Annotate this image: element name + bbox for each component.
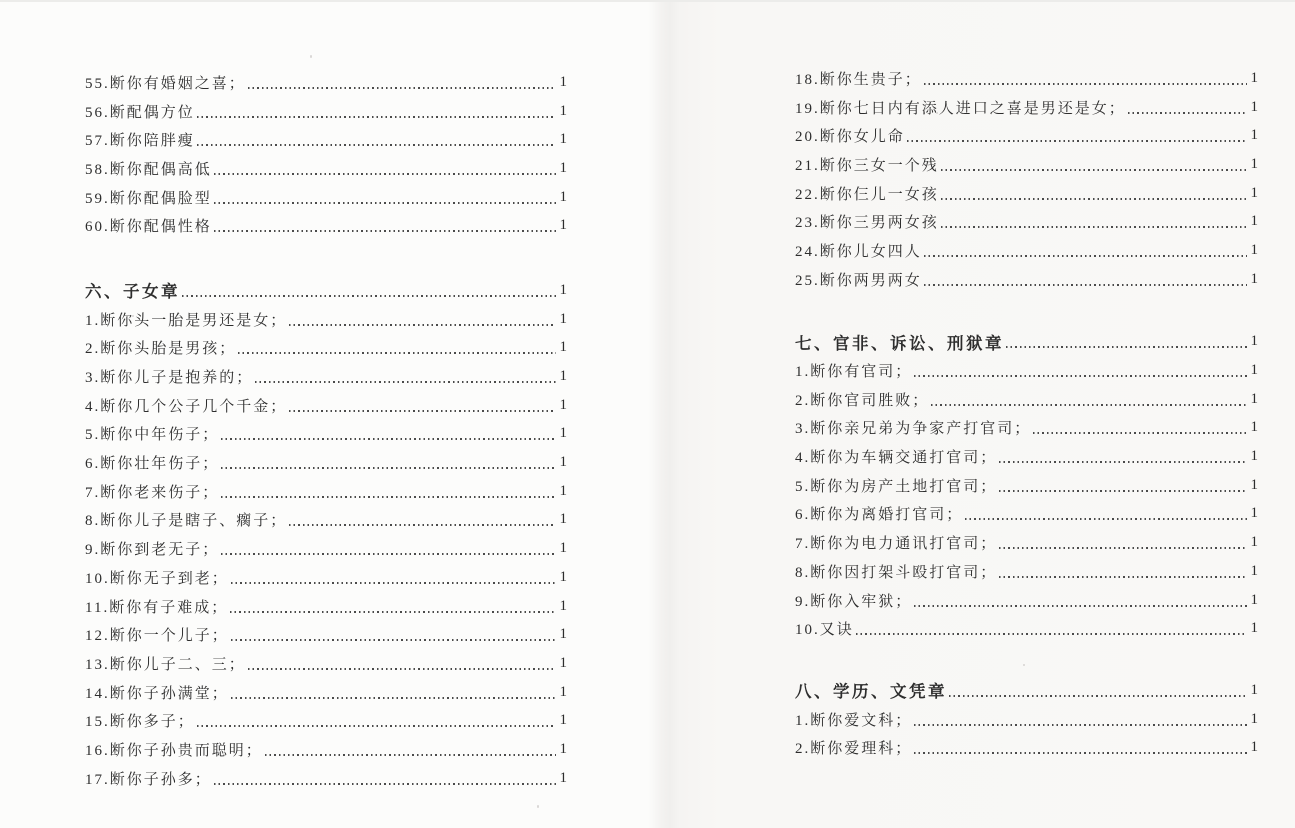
page-number: 1 (1250, 419, 1259, 436)
toc-entry: 11.断你有子难成； 1 (85, 592, 567, 621)
toc-entry-label: 7.断你老来伤子； (85, 481, 219, 502)
toc-entry-label: 16.断你子孙贵而聪明； (85, 739, 263, 760)
page-number: 1 (559, 684, 568, 701)
page-number: 1 (559, 339, 568, 356)
toc-entry: 16.断你子孙贵而聪明； 1 (85, 735, 567, 764)
toc-entry-label: 1.断你爱文科； (795, 709, 912, 730)
toc-entry: 17.断你子孙多； 1 (85, 764, 567, 793)
dot-leader (255, 370, 555, 383)
toc-entry-label: 25.断你两男两女 (795, 269, 922, 290)
dot-leader (221, 427, 555, 440)
dot-leader (238, 341, 555, 354)
page-number: 1 (559, 598, 568, 615)
dot-leader (289, 399, 555, 412)
page-number: 1 (1250, 156, 1259, 173)
toc-section-heading: 八、学历、文凭章 1 (795, 676, 1258, 705)
dot-leader (248, 657, 556, 670)
toc-page-right-column: 18.断你生贵子； 1 19.断你七日内有添人进口之喜是男还是女； 1 20.断… (795, 64, 1258, 762)
page-number: 1 (559, 160, 568, 177)
dot-leader (999, 479, 1246, 492)
toc-entry: 25.断你两男两女 1 (795, 265, 1258, 294)
toc-entry: 2.断你头胎是男孩； 1 (85, 334, 567, 363)
dot-leader (914, 713, 1246, 726)
dot-leader (182, 284, 556, 297)
toc-entry: 6.断你壮年伤子； 1 (85, 448, 567, 477)
page-number: 1 (1250, 362, 1259, 379)
toc-entry: 59.断你配偶脸型 1 (85, 183, 567, 212)
toc-entry: 6.断你为离婚打官司； 1 (795, 500, 1258, 529)
toc-section-label: 六、子女章 (85, 278, 180, 302)
page-number: 1 (559, 131, 568, 148)
page-number: 1 (1250, 739, 1259, 756)
dot-leader (214, 191, 556, 204)
dot-leader (230, 600, 555, 613)
toc-section-heading: 六、子女章 1 (85, 276, 567, 305)
toc-section-heading: 七、官非、诉讼、刑狱章 1 (795, 328, 1258, 357)
scanned-toc-spread: 55.断你有婚姻之喜； 1 56.断配偶方位 1 57.断你陪胖瘦 1 58.断… (0, 0, 1295, 828)
toc-entry: 9.断你入牢狱； 1 (795, 586, 1258, 615)
page-number: 1 (559, 74, 568, 91)
dot-leader (214, 162, 556, 175)
page-number: 1 (559, 311, 568, 328)
page-number: 1 (1250, 271, 1259, 288)
page-number: 1 (1250, 563, 1259, 580)
toc-entry: 10.又诀 1 (795, 614, 1258, 643)
page-number: 1 (1250, 592, 1259, 609)
dot-leader (231, 571, 556, 584)
section-gap (795, 643, 1258, 676)
toc-entry-label: 9.断你入牢狱； (795, 590, 912, 611)
toc-entry: 18.断你生贵子； 1 (795, 64, 1258, 93)
toc-entry: 3.断你儿子是抱养的； 1 (85, 362, 567, 391)
toc-entry-label: 13.断你儿子二、三； (85, 653, 246, 674)
page-number: 1 (1250, 620, 1259, 637)
toc-entry: 7.断你老来伤子； 1 (85, 477, 567, 506)
dot-leader (231, 686, 556, 699)
toc-entry-label: 24.断你儿女四人 (795, 240, 922, 261)
toc-entry-label: 20.断你女儿命 (795, 125, 905, 146)
toc-entry: 60.断你配偶性格 1 (85, 211, 567, 240)
page-number: 1 (1250, 333, 1259, 350)
toc-entry: 13.断你儿子二、三； 1 (85, 649, 567, 678)
toc-entry: 1.断你有官司； 1 (795, 356, 1258, 385)
dot-leader (265, 743, 556, 756)
page-number: 1 (1250, 448, 1259, 465)
toc-entry-label: 58.断你配偶高低 (85, 158, 212, 179)
toc-entry-label: 6.断你为离婚打官司； (795, 503, 963, 524)
toc-entry-label: 60.断你配偶性格 (85, 215, 212, 236)
toc-entry-label: 1.断你头一胎是男还是女； (85, 309, 287, 330)
toc-entry: 24.断你儿女四人 1 (795, 236, 1258, 265)
toc-entry: 23.断你三男两女孩 1 (795, 207, 1258, 236)
dot-leader (248, 76, 556, 89)
dot-leader (999, 536, 1246, 549)
dot-leader (941, 158, 1247, 171)
toc-entry-label: 10.又诀 (795, 618, 854, 639)
toc-entry-label: 7.断你为电力通讯打官司； (795, 532, 997, 553)
toc-entry: 8.断你因打架斗殴打官司； 1 (795, 557, 1258, 586)
toc-entry-label: 8.断你因打架斗殴打官司； (795, 561, 997, 582)
page-number: 1 (559, 483, 568, 500)
dot-leader (949, 684, 1247, 697)
toc-entry: 56.断配偶方位 1 (85, 97, 567, 126)
toc-section-label: 八、学历、文凭章 (795, 678, 947, 702)
toc-page-left-column: 55.断你有婚姻之喜； 1 56.断配偶方位 1 57.断你陪胖瘦 1 58.断… (85, 68, 567, 793)
toc-entry: 21.断你三女一个残 1 (795, 150, 1258, 179)
toc-entry: 19.断你七日内有添人进口之喜是男还是女； 1 (795, 93, 1258, 122)
toc-entry: 22.断你仨儿一女孩 1 (795, 179, 1258, 208)
toc-entry: 9.断你到老无子； 1 (85, 534, 567, 563)
scan-speckle (537, 805, 539, 808)
section-gap (85, 240, 567, 276)
dot-leader (924, 72, 1247, 85)
page-number: 1 (559, 626, 568, 643)
dot-leader (941, 215, 1247, 228)
dot-leader (221, 485, 555, 498)
toc-entry-label: 22.断你仨儿一女孩 (795, 183, 939, 204)
toc-entry: 2.断你爱理科； 1 (795, 733, 1258, 762)
toc-entry-label: 3.断你儿子是抱养的； (85, 366, 253, 387)
scan-speckle (132, 315, 134, 317)
toc-entry-label: 3.断你亲兄弟为争家产打官司； (795, 417, 1031, 438)
dot-leader (231, 628, 556, 641)
page-number: 1 (1250, 505, 1259, 522)
toc-entry-label: 57.断你陪胖瘦 (85, 129, 195, 150)
dot-leader (289, 313, 555, 326)
page-number: 1 (1250, 127, 1259, 144)
dot-leader (856, 622, 1247, 635)
page-number: 1 (1250, 682, 1259, 699)
toc-entry-label: 17.断你子孙多； (85, 768, 212, 789)
toc-entry-label: 8.断你儿子是瞎子、瘸子； (85, 509, 287, 530)
toc-entry-label: 23.断你三男两女孩 (795, 211, 939, 232)
toc-entry: 1.断你爱文科； 1 (795, 705, 1258, 734)
scan-speckle (1023, 664, 1025, 666)
dot-leader (999, 450, 1246, 463)
toc-entry-label: 9.断你到老无子； (85, 538, 219, 559)
dot-leader (197, 714, 556, 727)
toc-entry-label: 12.断你一个儿子； (85, 624, 229, 645)
toc-entry-label: 19.断你七日内有添人进口之喜是男还是女； (795, 97, 1126, 118)
page-number: 1 (559, 511, 568, 528)
toc-entry-label: 2.断你爱理科； (795, 737, 912, 758)
toc-entry: 1.断你头一胎是男还是女； 1 (85, 305, 567, 334)
toc-entry-label: 59.断你配偶脸型 (85, 187, 212, 208)
page-number: 1 (559, 397, 568, 414)
dot-leader (221, 456, 555, 469)
toc-entry-label: 1.断你有官司； (795, 360, 912, 381)
dot-leader (924, 273, 1247, 286)
toc-section-label: 七、官非、诉讼、刑狱章 (795, 330, 1004, 354)
dot-leader (197, 105, 556, 118)
toc-entry: 14.断你子孙满堂； 1 (85, 678, 567, 707)
toc-entry-label: 4.断你几个公子几个千金； (85, 395, 287, 416)
page-number: 1 (559, 712, 568, 729)
page-number: 1 (559, 425, 568, 442)
page-number: 1 (559, 770, 568, 787)
dot-leader (214, 772, 556, 785)
toc-entry-label: 21.断你三女一个残 (795, 154, 939, 175)
page-number: 1 (1250, 185, 1259, 202)
toc-entry-label: 55.断你有婚姻之喜； (85, 72, 246, 93)
toc-entry: 57.断你陪胖瘦 1 (85, 125, 567, 154)
dot-leader (914, 741, 1246, 754)
page-number: 1 (559, 454, 568, 471)
scan-speckle (936, 112, 938, 114)
toc-entry: 3.断你亲兄弟为争家产打官司； 1 (795, 414, 1258, 443)
page-number: 1 (1250, 711, 1259, 728)
scan-speckle (310, 55, 312, 58)
toc-entry-label: 2.断你官司胜败； (795, 389, 929, 410)
toc-entry-label: 5.断你中年伤子； (85, 423, 219, 444)
dot-leader (931, 393, 1246, 406)
dot-leader (214, 219, 556, 232)
toc-entry: 5.断你中年伤子； 1 (85, 420, 567, 449)
page-number: 1 (559, 569, 568, 586)
dot-leader (914, 364, 1246, 377)
toc-entry: 20.断你女儿命 1 (795, 121, 1258, 150)
dot-leader (965, 507, 1246, 520)
toc-entry: 15.断你多子； 1 (85, 706, 567, 735)
toc-entry-label: 6.断你壮年伤子； (85, 452, 219, 473)
toc-entry: 10.断你无子到老； 1 (85, 563, 567, 592)
page-number: 1 (559, 368, 568, 385)
dot-leader (914, 594, 1246, 607)
toc-entry-label: 14.断你子孙满堂； (85, 682, 229, 703)
toc-entry-label: 4.断你为车辆交通打官司； (795, 446, 997, 467)
page-number: 1 (1250, 213, 1259, 230)
toc-entry-label: 2.断你头胎是男孩； (85, 337, 236, 358)
page-number: 1 (1250, 391, 1259, 408)
dot-leader (289, 513, 555, 526)
page-number: 1 (559, 540, 568, 557)
dot-leader (941, 187, 1247, 200)
dot-leader (999, 565, 1246, 578)
page-number: 1 (559, 189, 568, 206)
dot-leader (907, 129, 1247, 142)
page-number: 1 (1250, 70, 1259, 87)
dot-leader (1006, 335, 1247, 348)
toc-entry: 8.断你儿子是瞎子、瘸子； 1 (85, 506, 567, 535)
toc-entry: 4.断你为车辆交通打官司； 1 (795, 442, 1258, 471)
page-number: 1 (559, 217, 568, 234)
dot-leader (924, 244, 1247, 257)
dot-leader (1033, 421, 1246, 434)
dot-leader (221, 542, 555, 555)
page-number: 1 (559, 741, 568, 758)
page-number: 1 (559, 103, 568, 120)
page-number: 1 (559, 282, 568, 299)
toc-entry: 4.断你几个公子几个千金； 1 (85, 391, 567, 420)
toc-entry-label: 18.断你生贵子； (795, 68, 922, 89)
toc-entry: 5.断你为房产土地打官司； 1 (795, 471, 1258, 500)
page-number: 1 (1250, 242, 1259, 259)
toc-entry: 58.断你配偶高低 1 (85, 154, 567, 183)
toc-entry-label: 10.断你无子到老； (85, 567, 229, 588)
section-gap (795, 294, 1258, 328)
dot-leader (1128, 101, 1247, 114)
toc-entry: 2.断你官司胜败； 1 (795, 385, 1258, 414)
page-number: 1 (1250, 534, 1259, 551)
toc-entry-label: 5.断你为房产土地打官司； (795, 475, 997, 496)
toc-entry: 7.断你为电力通讯打官司； 1 (795, 528, 1258, 557)
toc-entry-label: 15.断你多子； (85, 710, 195, 731)
dot-leader (197, 133, 556, 146)
toc-entry-label: 56.断配偶方位 (85, 101, 195, 122)
toc-entry: 55.断你有婚姻之喜； 1 (85, 68, 567, 97)
toc-entry: 12.断你一个儿子； 1 (85, 620, 567, 649)
page-number: 1 (559, 655, 568, 672)
page-number: 1 (1250, 477, 1259, 494)
page-number: 1 (1250, 99, 1259, 116)
toc-entry-label: 11.断你有子难成； (85, 596, 228, 617)
